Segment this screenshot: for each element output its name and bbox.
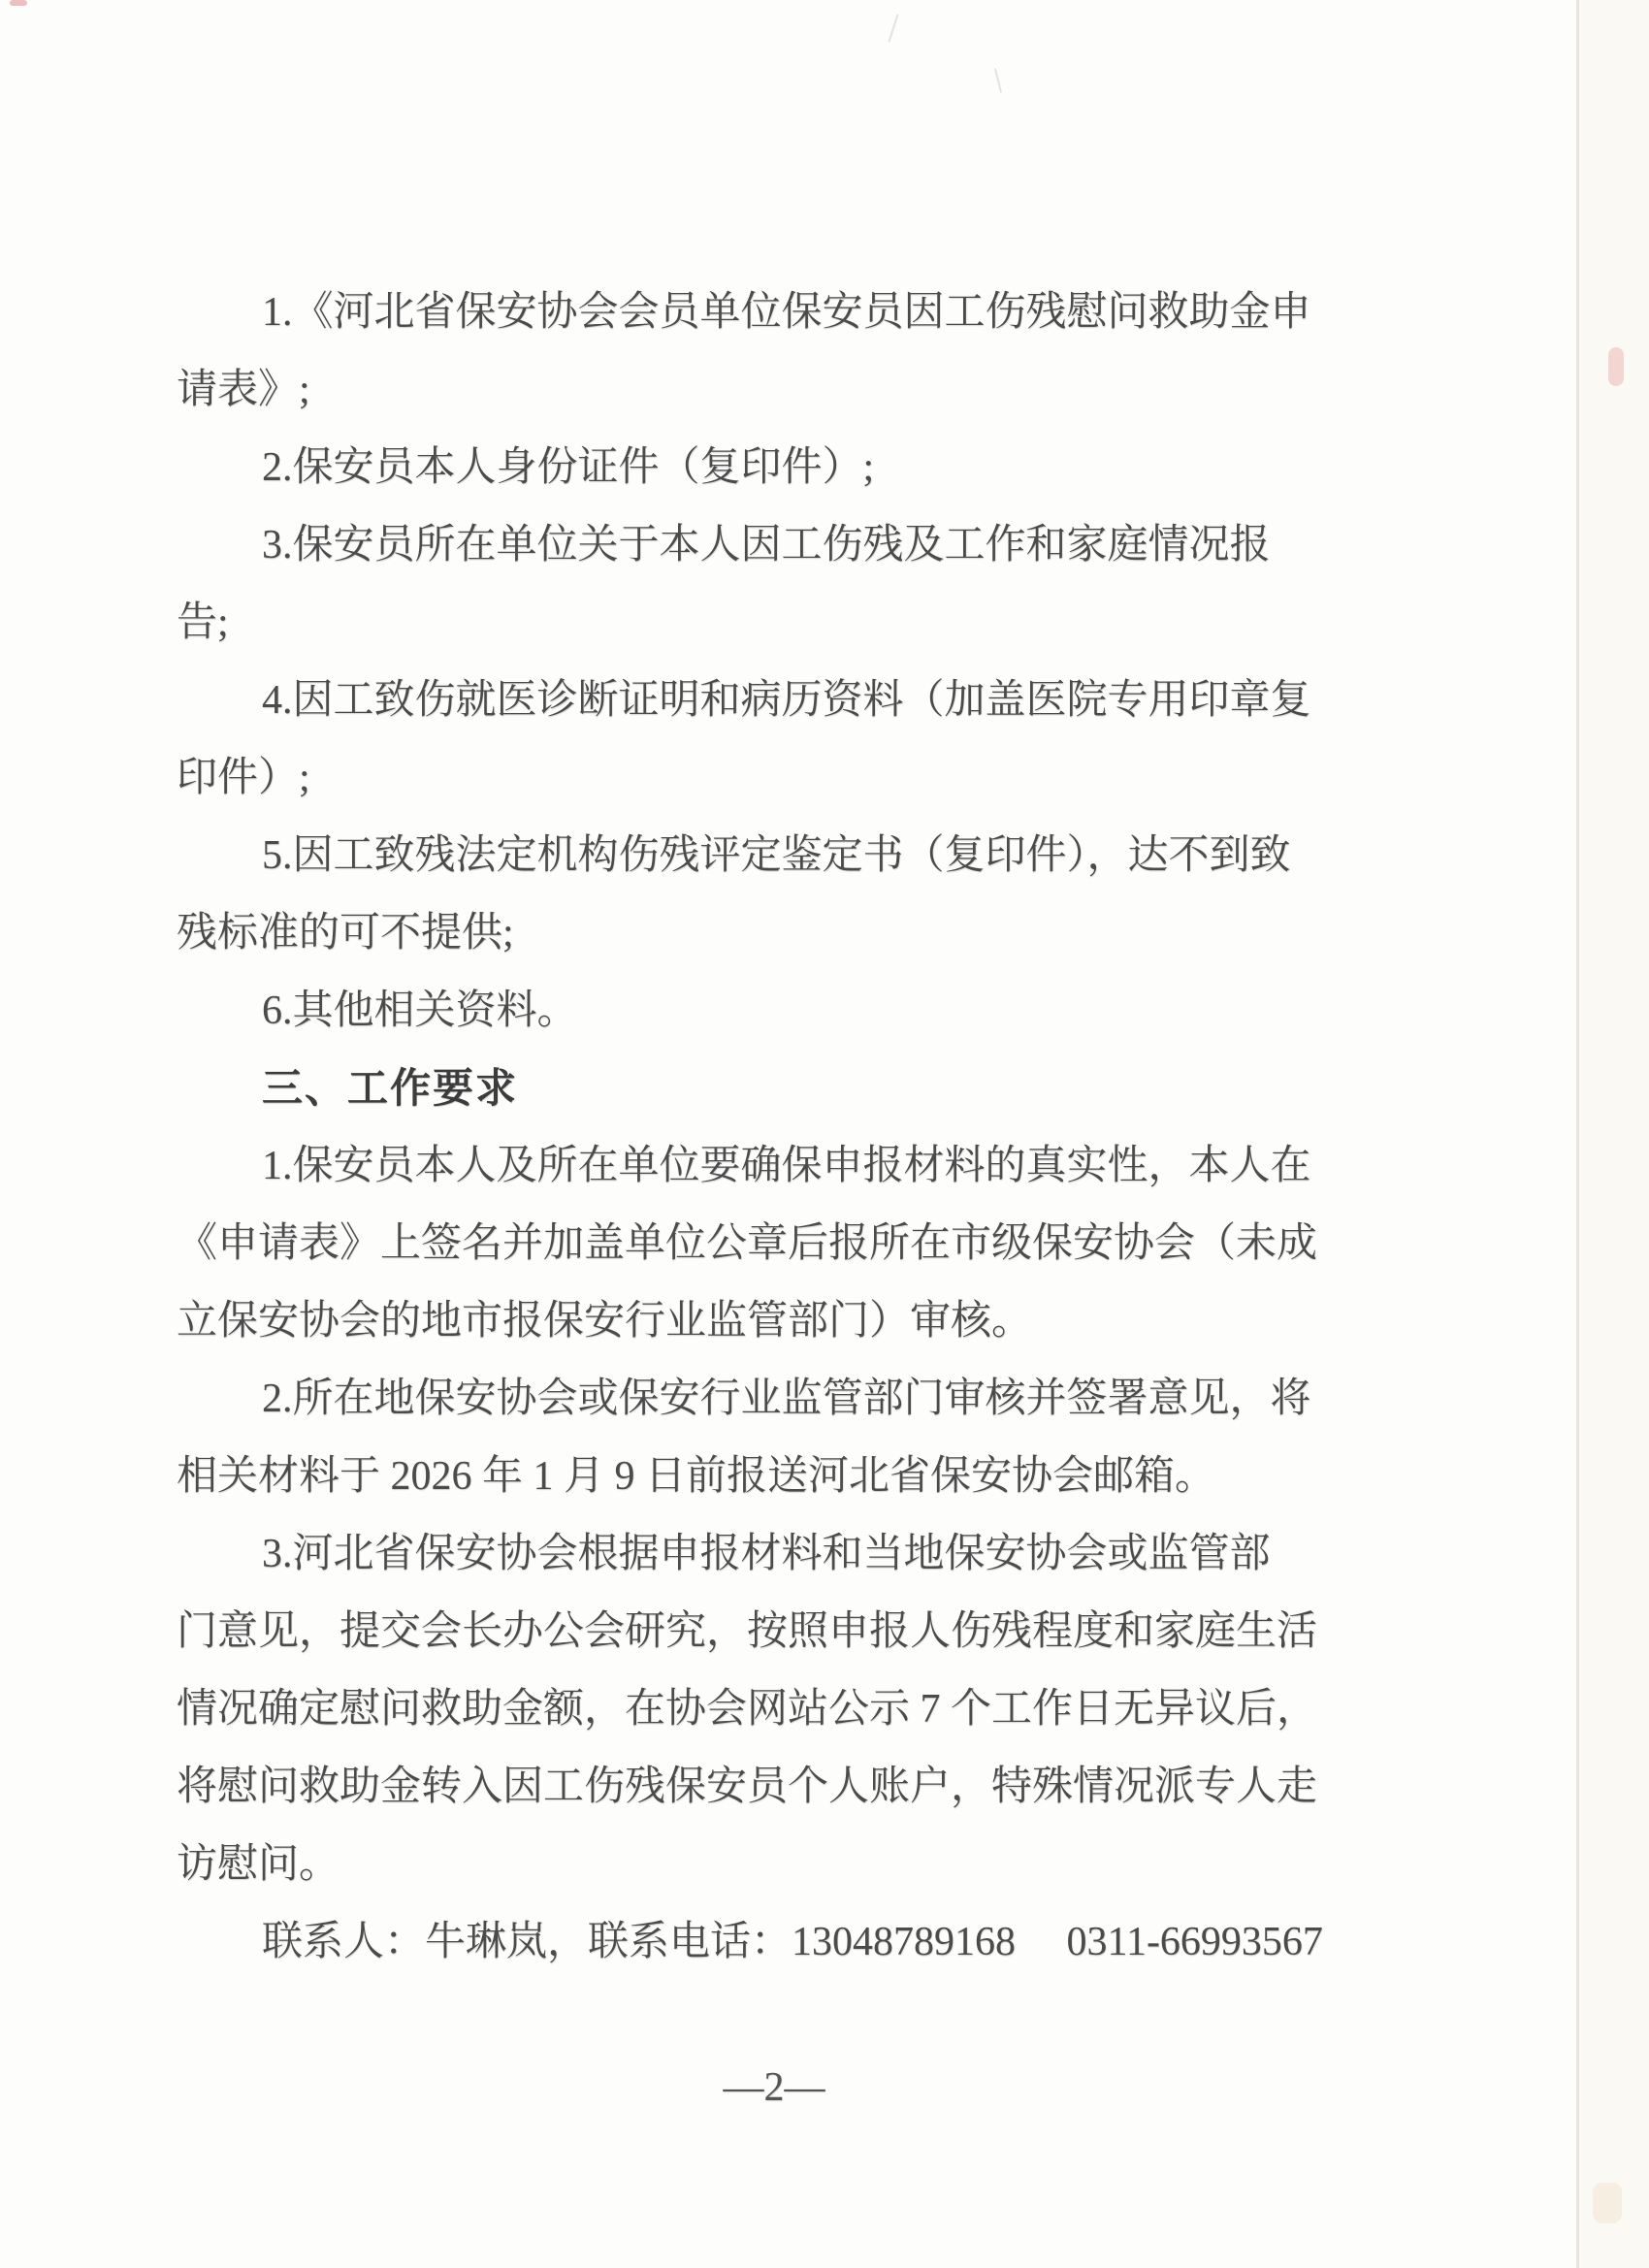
- document-body: 1.《河北省保安协会会员单位保安员因工伤残慰问救助金申 请表》; 2.保安员本人…: [177, 274, 1385, 1981]
- page-number: —2—: [177, 2049, 1372, 2126]
- document-line: 门意见，提交会长办公会研究，按照申报人伤残程度和家庭生活: [177, 1593, 1385, 1670]
- document-line: 情况确定慰问救助金额，在协会网站公示 7 个工作日无异议后，: [177, 1670, 1385, 1748]
- document-line: 1.保安员本人及所在单位要确保申报材料的真实性，本人在: [177, 1127, 1385, 1205]
- document-line: 2.所在地保安协会或保安行业监管部门审核并签署意见，将: [177, 1360, 1385, 1438]
- document-line: 2.保安员本人身份证件（复印件）;: [177, 429, 1385, 506]
- section-heading: 三、工作要求: [177, 1050, 1385, 1127]
- document-line: 4.因工致伤就医诊断证明和病历资料（加盖医院专用印章复: [177, 662, 1385, 739]
- document-line: 立保安协会的地市报保安行业监管部门）审核。: [177, 1282, 1385, 1360]
- document-line: 残标准的可不提供;: [177, 894, 1385, 972]
- document-line: 请表》;: [177, 351, 1385, 429]
- document-line: 《申请表》上签名并加盖单位公章后报所在市级保安协会（未成: [177, 1205, 1385, 1282]
- document-line: 6.其他相关资料。: [177, 972, 1385, 1050]
- document-line: 告;: [177, 584, 1385, 662]
- scan-fold-line: [1576, 0, 1579, 2268]
- document-line: 3.河北省保安协会根据申报材料和当地保安协会或监管部: [177, 1515, 1385, 1593]
- document-line: 3.保安员所在单位关于本人因工伤残及工作和家庭情况报: [177, 506, 1385, 584]
- document-line: 访慰问。: [177, 1826, 1385, 1903]
- scan-artifact-squiggle: [888, 14, 898, 42]
- document-line: 相关材料于 2026 年 1 月 9 日前报送河北省保安协会邮箱。: [177, 1438, 1385, 1515]
- document-line: 1.《河北省保安协会会员单位保安员因工伤残慰问救助金申: [177, 274, 1385, 351]
- scan-artifact-top-left: [10, 0, 27, 6]
- document-line: 5.因工致残法定机构伤残评定鉴定书（复印件），达不到致: [177, 817, 1385, 894]
- document-line: 印件）;: [177, 739, 1385, 817]
- scan-artifact-squiggle: [994, 68, 1002, 93]
- scanned-document-page: 1.《河北省保安协会会员单位保安员因工伤残慰问救助金申 请表》; 2.保安员本人…: [0, 0, 1649, 2268]
- document-line: 将慰问救助金转入因工伤残保安员个人账户，特殊情况派专人走: [177, 1748, 1385, 1826]
- contact-line: 联系人：牛琳岚，联系电话：13048789168 0311-66993567: [177, 1903, 1385, 1981]
- scan-edge-tint: [1579, 0, 1649, 2268]
